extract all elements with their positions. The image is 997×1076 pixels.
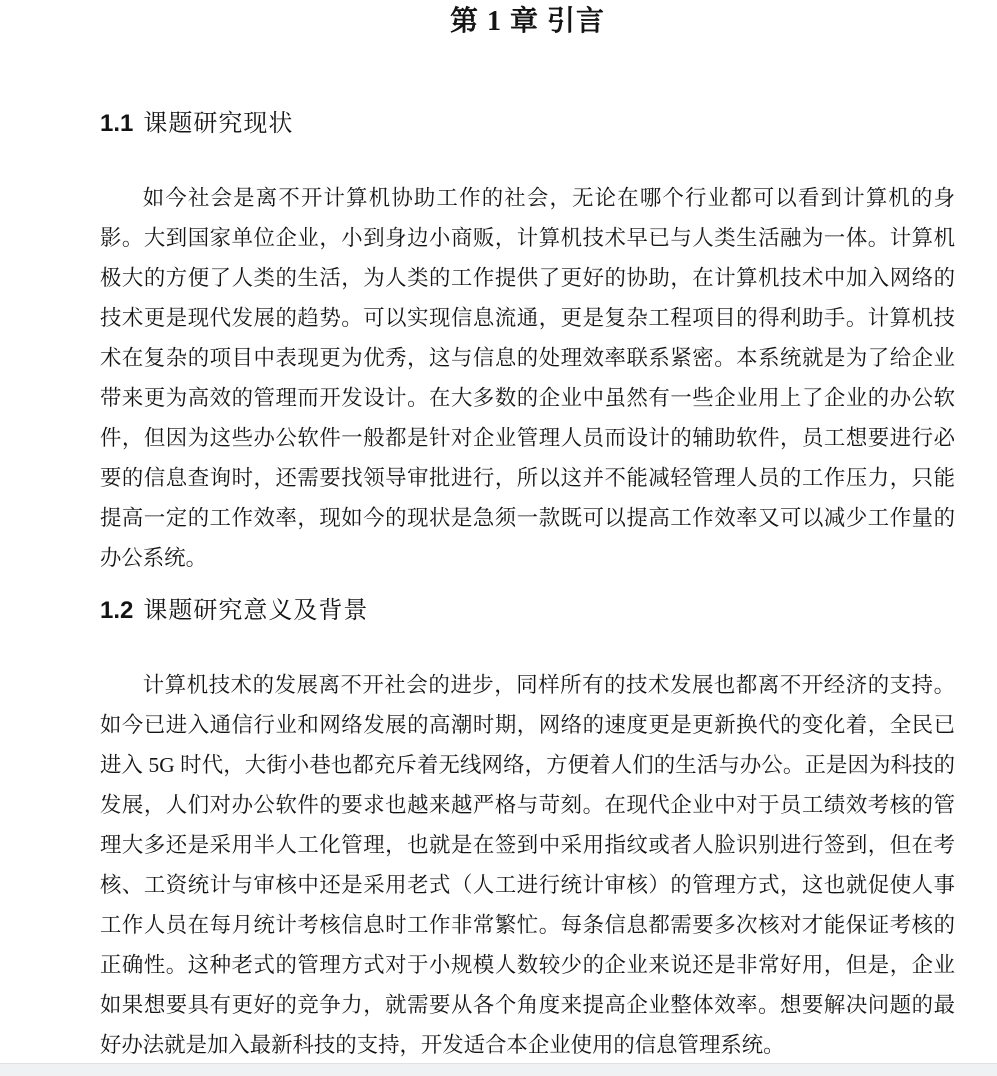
section-heading-text: 课题研究现状 — [143, 111, 293, 137]
viewer-bottom-bar — [0, 1063, 997, 1076]
section-number: 1.2 — [100, 597, 133, 624]
document-page: 第 1 章 引言 1.1课题研究现状 如今社会是离不开计算机协助工作的社会，无论… — [0, 2, 997, 1076]
section-heading-text: 课题研究意义及背景 — [143, 598, 368, 624]
body-paragraph: 计算机技术的发展离不开社会的进步，同样所有的技术发展也都离不开经济的支持。如今已… — [100, 665, 955, 1065]
body-paragraph: 如今社会是离不开计算机协助工作的社会，无论在哪个行业都可以看到计算机的身影。大到… — [100, 178, 955, 578]
section-heading-1-1: 1.1课题研究现状 — [100, 108, 955, 140]
section-number: 1.1 — [100, 110, 133, 137]
section-heading-1-2: 1.2课题研究意义及背景 — [100, 595, 955, 627]
chapter-title: 第 1 章 引言 — [100, 2, 955, 42]
